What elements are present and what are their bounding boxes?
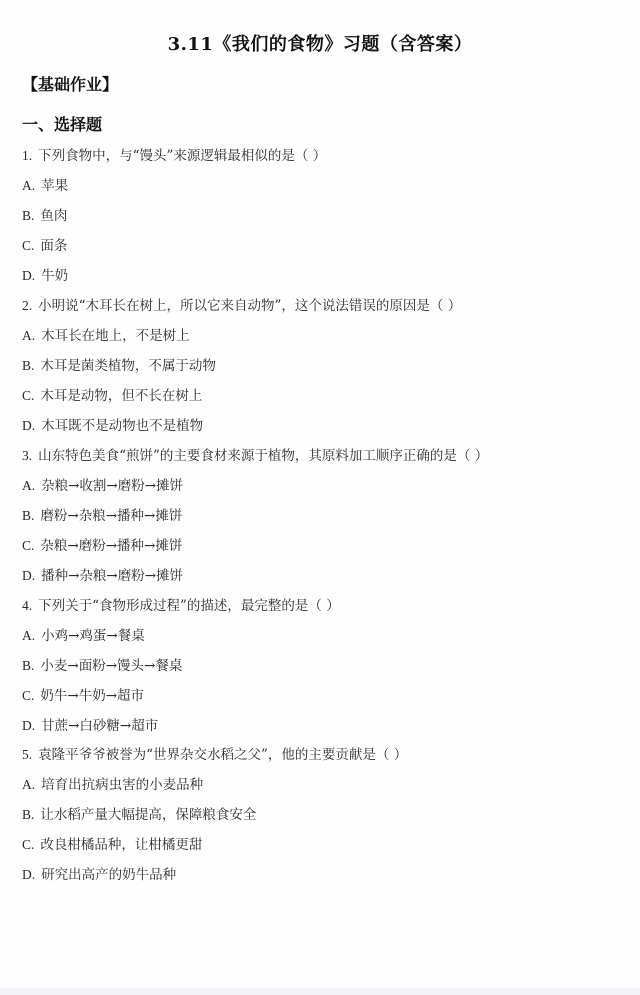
option-text: 苹果 <box>41 178 68 194</box>
option-label: C. <box>22 537 34 555</box>
option-label: A. <box>22 177 35 195</box>
option-label: C. <box>22 387 34 405</box>
document-page: 3.11《我们的食物》习题（含答案） 【基础作业】 一、选择题 1.下列食物中，… <box>0 0 640 988</box>
question-text: 山东特色美食“煎饼”的主要食材来源于植物，其原料加工顺序正确的是（ ） <box>38 448 488 464</box>
question-number: 5. <box>22 746 32 764</box>
option-text: 小麦→面粉→馒头→餐桌 <box>40 658 182 674</box>
question-text: 小明说“木耳长在树上，所以它来自动物”，这个说法错误的原因是（ ） <box>38 298 461 314</box>
option-label: C. <box>22 836 34 854</box>
option-text: 面条 <box>40 238 67 254</box>
page-bottom-edge <box>0 988 640 995</box>
option-text: 播种→杂粮→磨粉→摊饼 <box>41 568 183 584</box>
option-label: A. <box>22 327 35 345</box>
question-2-option-c: C.木耳是动物，但不长在树上 <box>22 387 202 405</box>
question-2: 2.小明说“木耳长在树上，所以它来自动物”，这个说法错误的原因是（ ） <box>22 297 461 315</box>
document-title: 3.11《我们的食物》习题（含答案） <box>0 30 640 56</box>
question-1-option-a: A.苹果 <box>22 177 68 195</box>
question-1: 1.下列食物中，与“馒头”来源逻辑最相似的是（ ） <box>22 147 326 165</box>
question-1-option-b: B.鱼肉 <box>22 207 67 225</box>
option-text: 研究出高产的奶牛品种 <box>41 867 176 883</box>
option-text: 鱼肉 <box>40 208 67 224</box>
option-text: 木耳是菌类植物，不属于动物 <box>40 358 216 374</box>
option-text: 甘蔗→白砂糖→超市 <box>41 718 158 734</box>
option-text: 奶牛→牛奶→超市 <box>40 688 144 704</box>
question-4-option-c: C.奶牛→牛奶→超市 <box>22 687 144 705</box>
question-1-option-c: C.面条 <box>22 237 67 255</box>
question-2-option-b: B.木耳是菌类植物，不属于动物 <box>22 357 216 375</box>
question-4-option-b: B.小麦→面粉→馒头→餐桌 <box>22 657 182 675</box>
question-3: 3.山东特色美食“煎饼”的主要食材来源于植物，其原料加工顺序正确的是（ ） <box>22 447 488 465</box>
option-text: 牛奶 <box>41 268 68 284</box>
question-1-option-d: D.牛奶 <box>22 267 68 285</box>
question-3-option-a: A.杂粮→收割→磨粉→摊饼 <box>22 477 183 495</box>
option-label: D. <box>22 267 35 285</box>
option-label: A. <box>22 627 35 645</box>
question-text: 下列关于“食物形成过程”的描述，最完整的是（ ） <box>38 598 340 614</box>
option-label: C. <box>22 237 34 255</box>
question-4: 4.下列关于“食物形成过程”的描述，最完整的是（ ） <box>22 597 340 615</box>
option-text: 小鸡→鸡蛋→餐桌 <box>41 628 145 644</box>
option-text: 磨粉→杂粮→播种→摊饼 <box>40 508 182 524</box>
option-label: D. <box>22 866 35 884</box>
question-2-option-d: D.木耳既不是动物也不是植物 <box>22 417 203 435</box>
question-5-option-d: D.研究出高产的奶牛品种 <box>22 866 176 884</box>
option-label: B. <box>22 507 34 525</box>
option-text: 培育出抗病虫害的小麦品种 <box>41 777 203 793</box>
question-5-option-b: B.让水稻产量大幅提高，保障粮食安全 <box>22 806 256 824</box>
option-text: 木耳是动物，但不长在树上 <box>40 388 202 404</box>
option-label: D. <box>22 567 35 585</box>
option-text: 改良柑橘品种，让柑橘更甜 <box>40 837 202 853</box>
option-text: 杂粮→磨粉→播种→摊饼 <box>40 538 182 554</box>
option-text: 木耳长在地上，不是树上 <box>41 328 190 344</box>
question-4-option-d: D.甘蔗→白砂糖→超市 <box>22 717 158 735</box>
question-2-option-a: A.木耳长在地上，不是树上 <box>22 327 190 345</box>
question-text: 下列食物中，与“馒头”来源逻辑最相似的是（ ） <box>38 148 326 164</box>
question-3-option-c: C.杂粮→磨粉→播种→摊饼 <box>22 537 182 555</box>
question-text: 袁隆平爷爷被誉为“世界杂交水稻之父”，他的主要贡献是（ ） <box>38 747 407 763</box>
option-label: B. <box>22 357 34 375</box>
option-label: B. <box>22 806 34 824</box>
option-label: D. <box>22 417 35 435</box>
question-5-option-c: C.改良柑橘品种，让柑橘更甜 <box>22 836 202 854</box>
option-label: D. <box>22 717 35 735</box>
option-label: A. <box>22 776 35 794</box>
question-number: 1. <box>22 147 32 165</box>
question-number: 2. <box>22 297 32 315</box>
question-number: 3. <box>22 447 32 465</box>
question-4-option-a: A.小鸡→鸡蛋→餐桌 <box>22 627 145 645</box>
option-label: A. <box>22 477 35 495</box>
option-text: 杂粮→收割→磨粉→摊饼 <box>41 478 183 494</box>
option-text: 让水稻产量大幅提高，保障粮食安全 <box>40 807 256 823</box>
question-number: 4. <box>22 597 32 615</box>
section-tag: 【基础作业】 <box>22 72 118 95</box>
question-5-option-a: A.培育出抗病虫害的小麦品种 <box>22 776 203 794</box>
question-3-option-b: B.磨粉→杂粮→播种→摊饼 <box>22 507 182 525</box>
question-5: 5.袁隆平爷爷被誉为“世界杂交水稻之父”，他的主要贡献是（ ） <box>22 746 407 764</box>
question-3-option-d: D.播种→杂粮→磨粉→摊饼 <box>22 567 183 585</box>
option-label: C. <box>22 687 34 705</box>
section-heading: 一、选择题 <box>22 112 102 135</box>
option-text: 木耳既不是动物也不是植物 <box>41 418 203 434</box>
option-label: B. <box>22 657 34 675</box>
option-label: B. <box>22 207 34 225</box>
